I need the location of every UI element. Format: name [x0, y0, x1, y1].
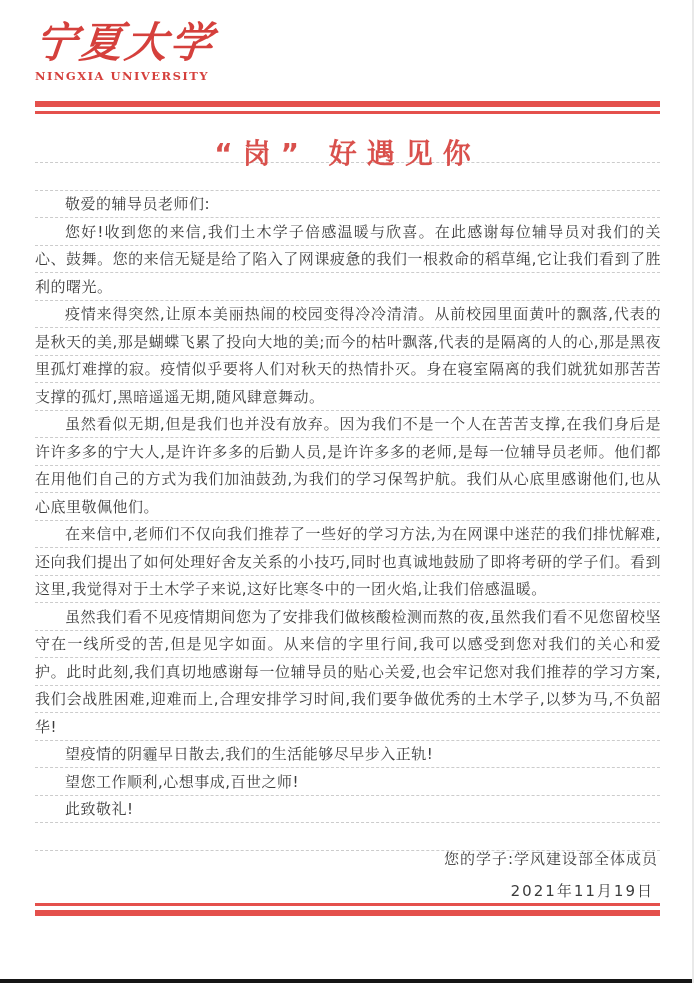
paragraph: 在来信中,老师们不仅向我们推荐了一些好的学习方法,为在网课中迷茫的我们排忧解难,… [35, 521, 661, 604]
paragraph: 您好!收到您的来信,我们土木学子倍感温暖与欣喜。在此感谢每位辅导员对我们的关心、… [35, 219, 661, 302]
closing-line: 此致敬礼! [35, 796, 661, 824]
letter-body: 敬爱的辅导员老师们: 您好!收到您的来信,我们土木学子倍感温暖与欣喜。在此感谢每… [35, 191, 661, 824]
header-rule-band [35, 101, 660, 114]
university-logo: 宁夏大学 NINGXIA UNIVERSITY [35, 20, 215, 83]
photo-bottom-edge [0, 979, 692, 983]
paragraph: 疫情来得突然,让原本美丽热闹的校园变得冷冷清清。从前校园里面黄叶的飘落,代表的是… [35, 301, 661, 411]
paragraph: 虽然看似无期,但是我们也并没有放弃。因为我们不是一个人在苦苦支撑,在我们身后是许… [35, 411, 661, 521]
logo-chinese-calligraphy: 宁夏大学 [33, 20, 218, 66]
footer-rule-thick [35, 910, 660, 916]
letter-page: 宁夏大学 NINGXIA UNIVERSITY “岗” 好遇见你 敬爱的辅导员老… [0, 0, 694, 983]
closing-line: 望疫情的阴霾早日散去,我们的生活能够尽早步入正轨! [35, 741, 661, 769]
salutation: 敬爱的辅导员老师们: [35, 191, 661, 219]
letter-title: “岗” 好遇见你 [35, 132, 660, 172]
footer-rule-band [35, 903, 660, 916]
closing-line: 望您工作顺利,心想事成,百世之师! [35, 769, 661, 797]
header-rule-thin [35, 111, 660, 114]
signature: 您的学子:学风建设部全体成员 [444, 848, 658, 869]
paragraph: 虽然我们看不见疫情期间您为了安排我们做核酸检测而熬的夜,虽然我们看不见您留校坚守… [35, 604, 661, 742]
logo-english-name: NINGXIA UNIVERSITY [35, 69, 215, 83]
letter-date: 2021年11月19日 [511, 880, 654, 901]
